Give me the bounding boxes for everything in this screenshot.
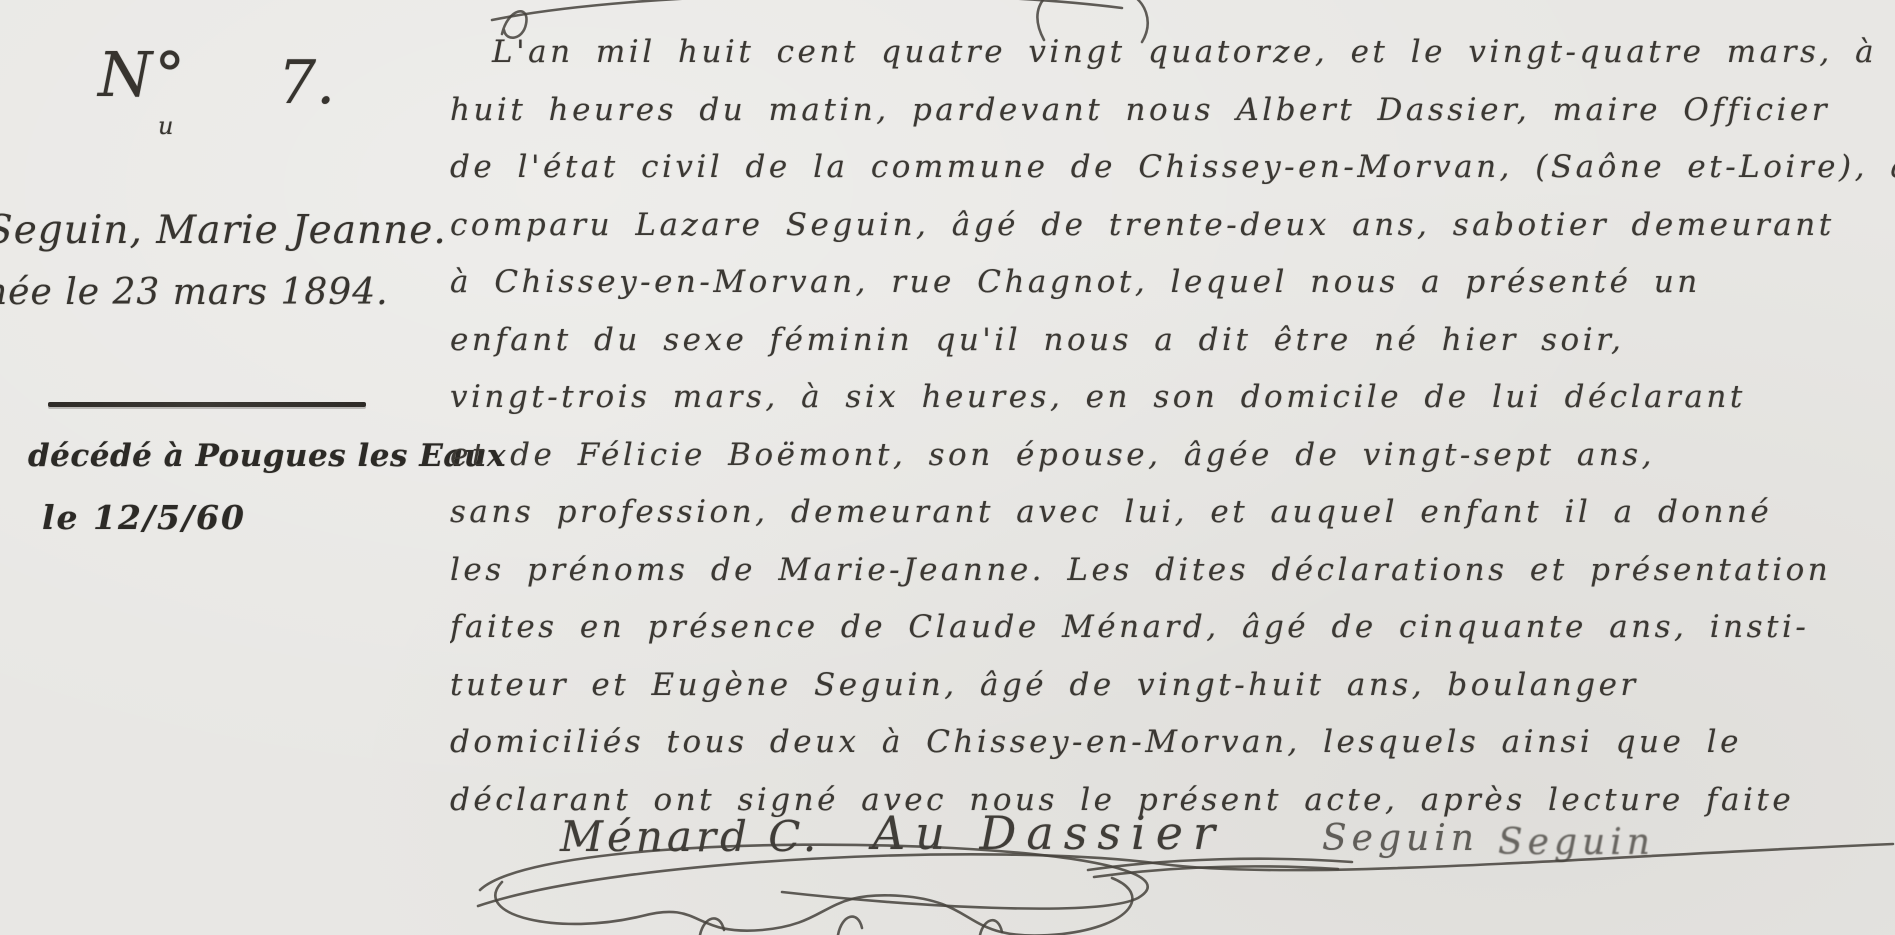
act-line: vingt-trois mars, à six heures, en son d… [450, 369, 1895, 427]
cutoff-next-line-strokes [700, 918, 724, 935]
margin-name-heading: Seguin, Marie Jeanne. [0, 208, 447, 253]
signature-seguin-2: Seguin [1498, 822, 1655, 863]
margin-birth-date: née le 23 mars 1894. [0, 272, 389, 313]
act-body: L'an mil huit cent quatre vingt quatorze… [450, 24, 1895, 836]
act-line: à Chissey-en-Morvan, rue Chagnot, lequel… [450, 254, 1895, 312]
act-line: domiciliés tous deux à Chissey-en-Morvan… [450, 714, 1895, 772]
act-line: et de Félicie Boëmont, son épouse, âgée … [450, 427, 1895, 485]
signature-underline-2 [1094, 866, 1338, 877]
signature-menard: Ménard C. [560, 812, 820, 861]
record-number-small-mark: u [158, 112, 173, 140]
paraph-lower-loops [495, 878, 1132, 935]
act-line: faites en présence de Claude Ménard, âgé… [450, 599, 1895, 657]
margin-death-note-line2: le 12/5/60 [42, 498, 246, 537]
margin-divider-rule [48, 402, 366, 407]
margin-death-note-line1: décédé à Pougues les Eaux [28, 438, 506, 474]
signature-underline [1088, 859, 1352, 870]
act-line: les prénoms de Marie-Jeanne. Les dites d… [450, 542, 1895, 600]
act-line: huit heures du matin, pardevant nous Alb… [450, 82, 1895, 140]
top-paraph-arc [492, 0, 1122, 20]
cutoff-next-line-strokes [838, 917, 862, 935]
act-line: enfant du sexe féminin qu'il nous a dit … [450, 312, 1895, 370]
act-line: L'an mil huit cent quatre vingt quatorze… [450, 24, 1895, 82]
record-number-label: N° [98, 38, 187, 111]
cutoff-next-line-strokes [980, 920, 1002, 935]
record-number-value: 7. [278, 48, 335, 118]
signature-dassier: Au Dassier [872, 806, 1225, 860]
register-scan-page: N° u 7. Seguin, Marie Jeanne. née le 23 … [0, 0, 1895, 935]
act-line: comparu Lazare Seguin, âgé de trente-deu… [450, 197, 1895, 255]
signature-seguin-1: Seguin [1322, 818, 1479, 859]
act-line: sans profession, demeurant avec lui, et … [450, 484, 1895, 542]
act-line: tuteur et Eugène Seguin, âgé de vingt-hu… [450, 657, 1895, 715]
margin-column: N° u 7. Seguin, Marie Jeanne. née le 23 … [0, 0, 445, 935]
act-line: de l'état civil de la commune de Chissey… [450, 139, 1895, 197]
